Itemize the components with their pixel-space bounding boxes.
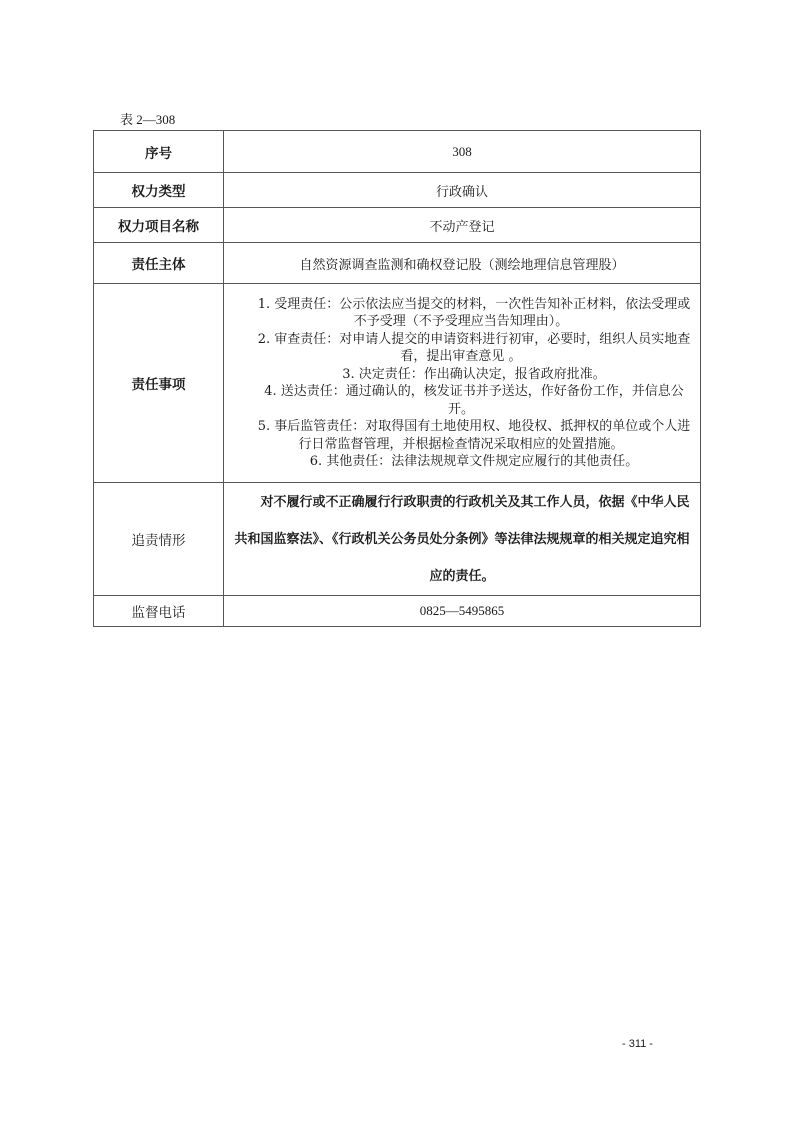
hotline-label: 监督电话 — [94, 596, 224, 627]
item-name-label: 权力项目名称 — [94, 208, 224, 243]
serial-label: 序号 — [94, 131, 224, 173]
table-row-serial: 序号 308 — [94, 131, 701, 173]
power-type-label: 权力类型 — [94, 173, 224, 208]
accountability-value: 对不履行或不正确履行行政职责的行政机关及其工作人员，依据《中华人民共和国监察法》… — [230, 484, 694, 595]
page-number: - 311 - — [622, 1038, 653, 1050]
power-responsibility-table: 序号 308 权力类型 行政确认 权力项目名称 不动产登记 责任主体 自然资源调… — [93, 130, 701, 627]
hotline-value: 0825—5495865 — [224, 596, 701, 627]
table-row-responsible-body: 责任主体 自然资源调查监测和确权登记股（测绘地理信息管理股） — [94, 243, 701, 284]
duty-item-5: 5. 事后监管责任：对取得国有土地使用权、地役权、抵押权的单位或个人进行日常监督… — [230, 418, 692, 453]
duty-item-2: 2. 审查责任：对申请人提交的申请资料进行初审，必要时，组织人员实地查看，提出审… — [230, 331, 692, 366]
table-caption: 表 2—308 — [120, 109, 175, 128]
table-row-item-name: 权力项目名称 不动产登记 — [94, 208, 701, 243]
accountability-cell: 对不履行或不正确履行行政职责的行政机关及其工作人员，依据《中华人民共和国监察法》… — [224, 483, 701, 596]
duty-item-6: 6. 其他责任：法律法规规章文件规定应履行的其他责任。 — [230, 453, 692, 471]
responsible-body-label: 责任主体 — [94, 243, 224, 284]
item-name-value: 不动产登记 — [224, 208, 701, 243]
serial-value: 308 — [224, 131, 701, 173]
table-row-power-type: 权力类型 行政确认 — [94, 173, 701, 208]
responsible-body-value: 自然资源调查监测和确权登记股（测绘地理信息管理股） — [224, 243, 701, 284]
table-row-responsibilities: 责任事项 1. 受理责任：公示依法应当提交的材料，一次性告知补正材料，依法受理或… — [94, 284, 701, 483]
table-row-accountability: 追责情形 对不履行或不正确履行行政职责的行政机关及其工作人员，依据《中华人民共和… — [94, 483, 701, 596]
power-type-value: 行政确认 — [224, 173, 701, 208]
responsibilities-list: 1. 受理责任：公示依法应当提交的材料，一次性告知补正材料，依法受理或不予受理（… — [224, 284, 701, 483]
responsibilities-label: 责任事项 — [94, 284, 224, 483]
duty-item-3: 3. 决定责任：作出确认决定，报省政府批准。 — [230, 366, 692, 384]
duty-item-1: 1. 受理责任：公示依法应当提交的材料，一次性告知补正材料，依法受理或不予受理（… — [230, 296, 692, 331]
duty-item-4: 4. 送达责任：通过确认的，核发证书并予送达，作好备份工作，并信息公开。 — [230, 383, 692, 418]
table-row-hotline: 监督电话 0825—5495865 — [94, 596, 701, 627]
accountability-label: 追责情形 — [94, 483, 224, 596]
